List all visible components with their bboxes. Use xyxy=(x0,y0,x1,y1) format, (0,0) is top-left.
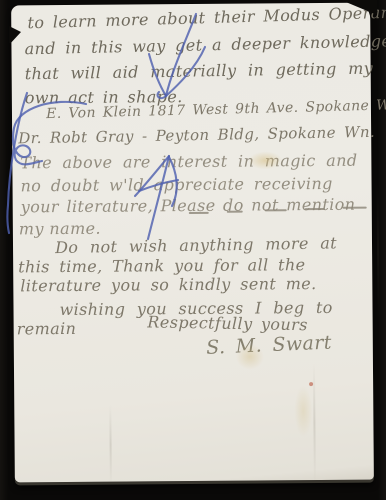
letter-line: no doubt w'ld appreciate receiving xyxy=(20,174,332,195)
letter-line: literature you so kindly sent me. xyxy=(20,274,316,295)
underline-mark xyxy=(265,209,287,211)
paper-crease xyxy=(313,363,316,483)
letter-line: and in this way get a deeper knowledge xyxy=(24,31,386,58)
red-speck xyxy=(309,382,313,386)
letter-line: remain xyxy=(17,319,77,338)
underline-mark xyxy=(305,208,325,210)
underline-mark xyxy=(189,212,209,214)
letter-line: Do not wish anything more at xyxy=(55,233,337,257)
letter-line: The above are interest in magic and xyxy=(20,151,357,173)
letter-line: to learn more about their Modus Operandi xyxy=(27,2,386,32)
signature: S. M. Swart xyxy=(206,332,333,359)
paper-crease xyxy=(109,405,112,485)
letter-line-address: Dr. Robt Gray - Peyton Bldg, Spokane Wn. xyxy=(18,123,375,148)
letter-paper: to learn more about their Modus Operandi… xyxy=(11,3,374,483)
letter-line: this time, Thank you for all the xyxy=(18,255,305,276)
letter-closing: Respectfully yours xyxy=(147,312,308,334)
letter-line: that will aid materially in getting my xyxy=(25,59,374,84)
stain xyxy=(294,385,312,437)
underline-mark xyxy=(343,207,367,209)
underline-mark xyxy=(227,211,243,213)
letter-line: my name. xyxy=(19,219,101,239)
